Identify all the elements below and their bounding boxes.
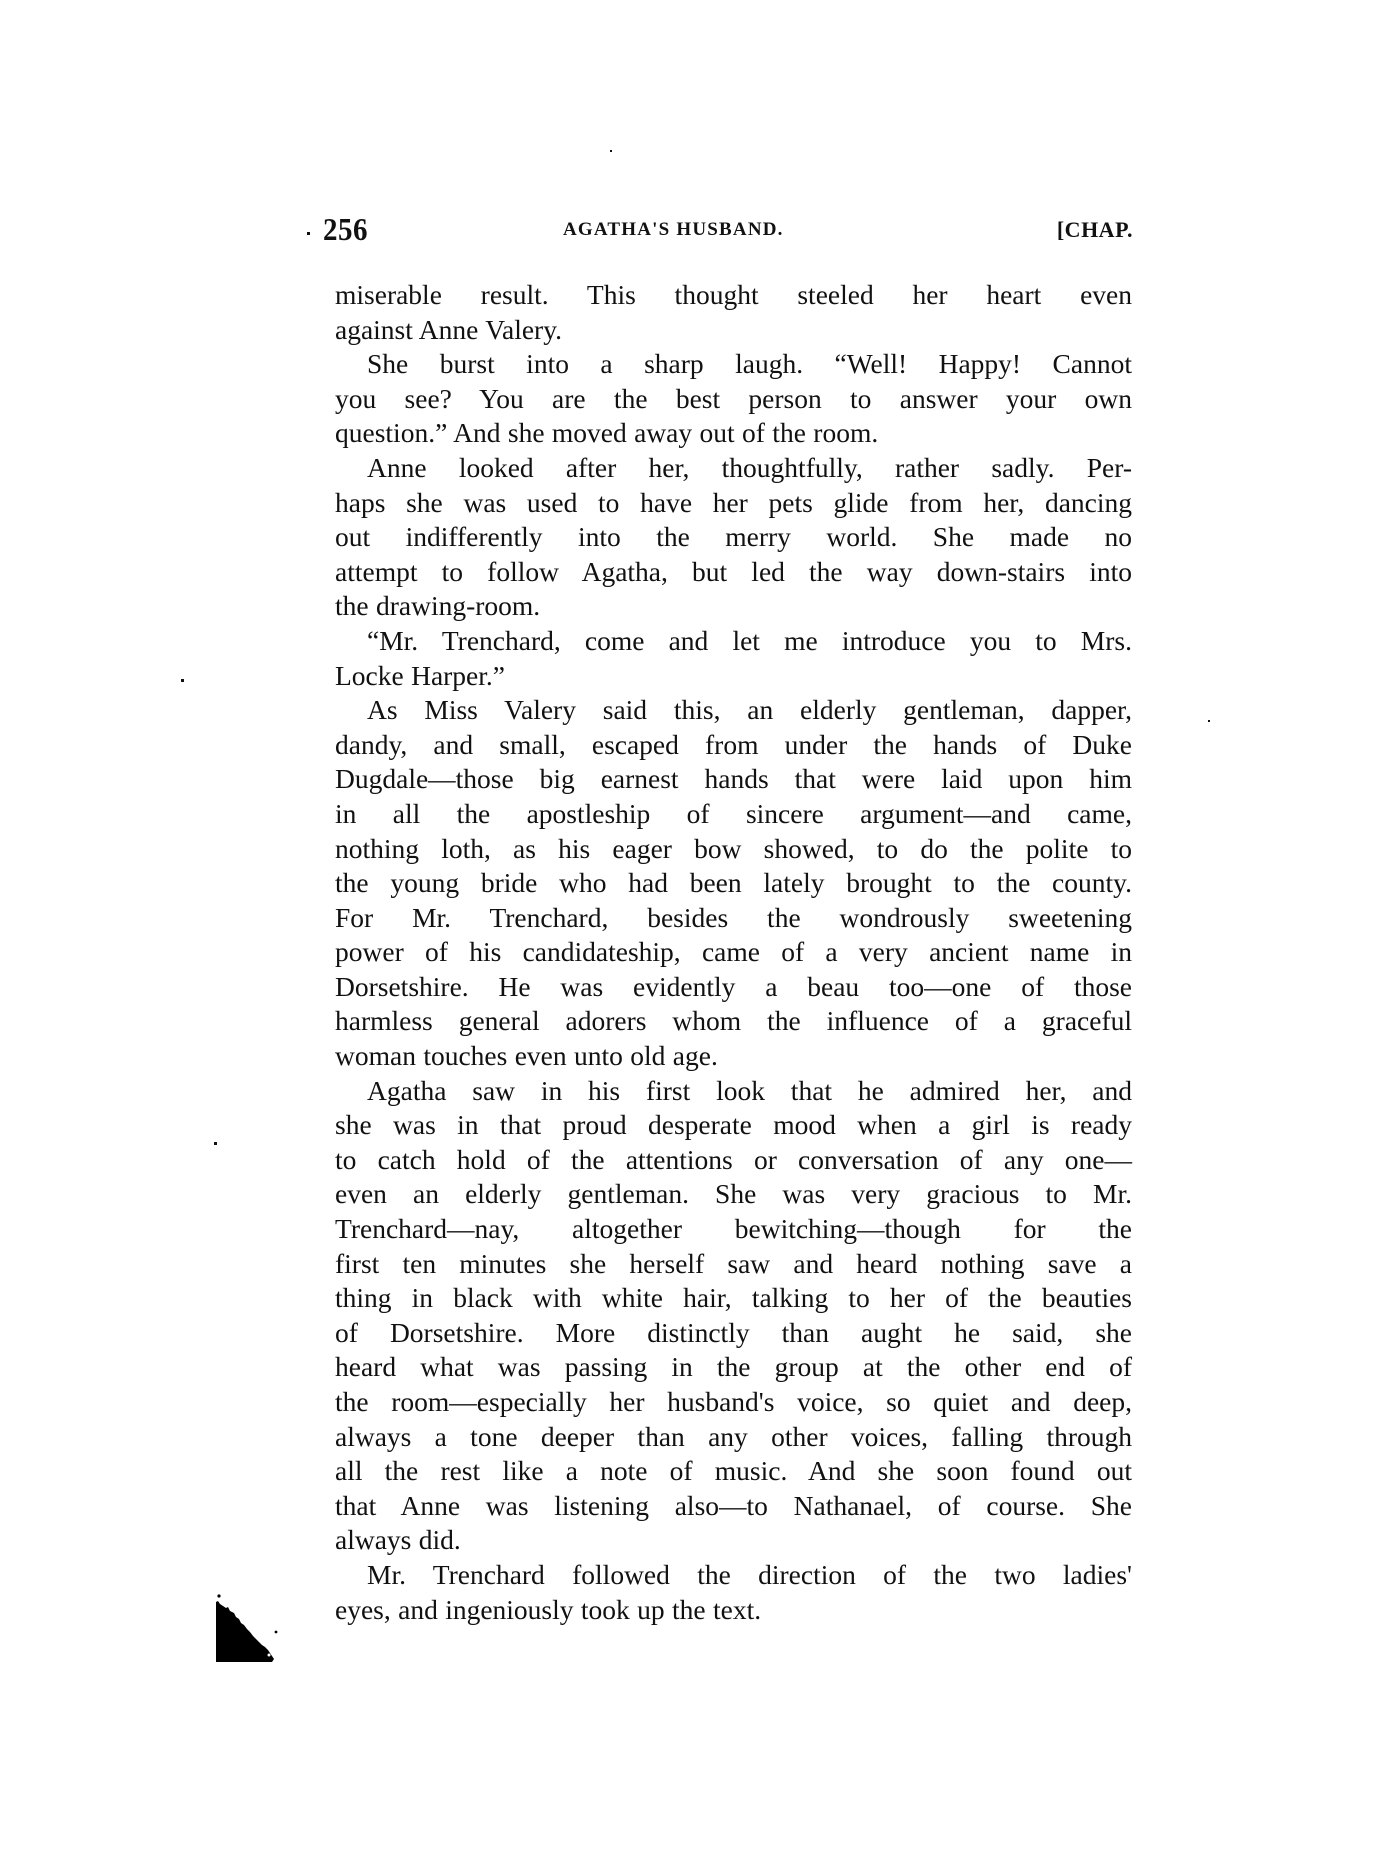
text-line: Agatha saw in his first look that he adm… xyxy=(335,1074,1132,1109)
text-line: Dorsetshire. He was evidently a beau too… xyxy=(335,970,1132,1005)
scan-speck xyxy=(1208,720,1210,722)
text-line: heard what was passing in the group at t… xyxy=(335,1350,1132,1385)
running-head: 256 AGATHA'S HUSBAND. [CHAP. xyxy=(323,213,1133,253)
text-line: Mr. Trenchard followed the direction of … xyxy=(335,1558,1132,1593)
text-line: She burst into a sharp laugh. “Well! Hap… xyxy=(335,347,1132,382)
text-line: the room—especially her husband's voice,… xyxy=(335,1385,1132,1420)
text-line: the drawing-room. xyxy=(335,589,1132,624)
text-line: out indifferently into the merry world. … xyxy=(335,520,1132,555)
text-line: in all the apostleship of sincere argume… xyxy=(335,797,1132,832)
text-line: always a tone deeper than any other voic… xyxy=(335,1420,1132,1455)
text-line: As Miss Valery said this, an elderly gen… xyxy=(335,693,1132,728)
text-line: attempt to follow Agatha, but led the wa… xyxy=(335,555,1132,590)
text-line: that Anne was listening also—to Nathanae… xyxy=(335,1489,1132,1524)
text-line: “Mr. Trenchard, come and let me introduc… xyxy=(335,624,1132,659)
book-page: 256 AGATHA'S HUSBAND. [CHAP. miserable r… xyxy=(0,0,1400,1850)
text-line: harmless general adorers whom the influe… xyxy=(335,1004,1132,1039)
page-number: 256 xyxy=(323,213,368,249)
text-line: nothing loth, as his eager bow showed, t… xyxy=(335,832,1132,867)
text-line: thing in black with white hair, talking … xyxy=(335,1281,1132,1316)
text-line: dandy, and small, escaped from under the… xyxy=(335,728,1132,763)
running-title: AGATHA'S HUSBAND. xyxy=(563,219,784,241)
text-line: miserable result. This thought steeled h… xyxy=(335,278,1132,313)
scan-speck xyxy=(181,679,184,682)
body-text: miserable result. This thought steeled h… xyxy=(335,278,1132,1627)
text-line: even an elderly gentleman. She was very … xyxy=(335,1177,1132,1212)
text-line: against Anne Valery. xyxy=(335,313,1132,348)
text-line: power of his candidateship, came of a ve… xyxy=(335,935,1132,970)
text-line: Trenchard—nay, altogether bewitching—tho… xyxy=(335,1212,1132,1247)
text-line: Anne looked after her, thoughtfully, rat… xyxy=(335,451,1132,486)
scan-speck xyxy=(610,150,612,152)
text-line: of Dorsetshire. More distinctly than aug… xyxy=(335,1316,1132,1351)
text-line: first ten minutes she herself saw and he… xyxy=(335,1247,1132,1282)
text-line: she was in that proud desperate mood whe… xyxy=(335,1108,1132,1143)
text-line: always did. xyxy=(335,1523,1132,1558)
text-line: Locke Harper.” xyxy=(335,659,1132,694)
text-line: the young bride who had been lately brou… xyxy=(335,866,1132,901)
text-line: For Mr. Trenchard, besides the wondrousl… xyxy=(335,901,1132,936)
text-line: haps she was used to have her pets glide… xyxy=(335,486,1132,521)
text-line: woman touches even unto old age. xyxy=(335,1039,1132,1074)
text-line: you see? You are the best person to answ… xyxy=(335,382,1132,417)
text-line: question.” And she moved away out of the… xyxy=(335,416,1132,451)
scan-smudge-icon xyxy=(214,1592,294,1672)
text-line: all the rest like a note of music. And s… xyxy=(335,1454,1132,1489)
text-line: eyes, and ingeniously took up the text. xyxy=(335,1593,1132,1628)
scan-speck xyxy=(214,1142,217,1145)
scan-speck xyxy=(307,232,310,235)
text-line: to catch hold of the attentions or conve… xyxy=(335,1143,1132,1178)
chapter-marker: [CHAP. xyxy=(1057,217,1133,243)
text-line: Dugdale—those big earnest hands that wer… xyxy=(335,762,1132,797)
